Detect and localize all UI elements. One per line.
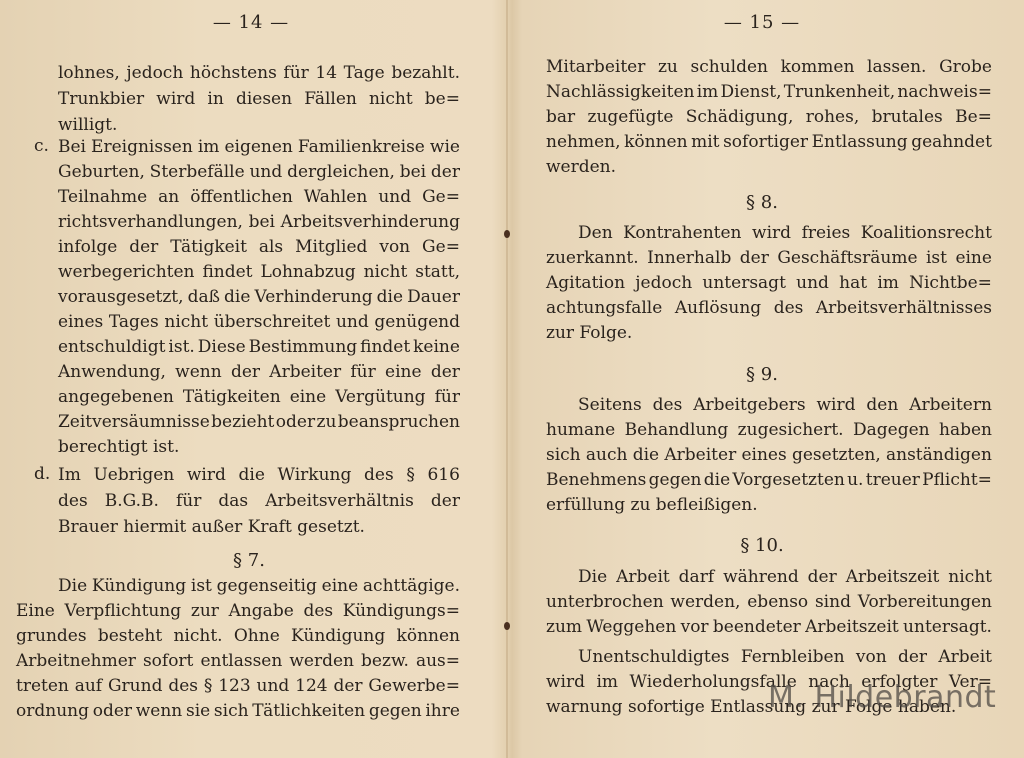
text-line: Brauer hiermit außer Kraft gesetzt. [58,514,365,540]
text-line: unterbrochenwerden,ebensosindVorbereitun… [546,589,992,615]
text-line: Mitarbeiterzuschuldenkommenlassen.Grobe [546,54,992,80]
text-line: TrunkbierwirdindiesenFällennichtbe= [58,86,460,112]
text-line: SeitensdesArbeitgeberswirddenArbeitern [578,392,992,418]
page-number: — 14 — [0,12,504,33]
text-line: UnentschuldigtesFernbleibenvonderArbeit [578,644,992,670]
text-line: humaneBehandlungzugesichert.Dagegenhaben [546,417,992,443]
text-line: EineVerpflichtungzurAngabedesKündigungs= [16,598,460,624]
section-heading: § 8. [504,192,1020,213]
text-line: desB.G.B.fürdasArbeitsverhältnisder [58,488,460,514]
section-heading: § 10. [504,535,1020,556]
text-line: zumWeggehenvorbeendeterArbeitszeitunters… [546,614,992,640]
text-line: infolgederTätigkeitalsMitgliedvonGe= [58,234,460,260]
text-line: tretenaufGrunddes§123und124derGewerbe= [16,673,460,699]
section-heading: § 9. [504,364,1020,385]
text-line: berechtigt ist. [58,434,179,460]
text-line: erfüllung zu befleißigen. [546,492,758,518]
text-line: nehmen,könnenmitsofortigerEntlassunggeah… [546,129,992,155]
text-line: Anwendung,wennderArbeiterfüreineder [58,359,460,385]
text-line: werbegerichtenfindetLohnabzugnichtstatt, [58,259,460,285]
item-label: c. [34,136,49,156]
text-line: DieArbeitdarfwährendderArbeitszeitnicht [578,564,992,590]
text-line: ImUebrigenwirddieWirkungdes§616 [58,462,460,488]
watermark: M. Hildebrandt [768,680,996,715]
text-line: angegebenenTätigkeiteneineVergütungfür [58,384,460,410]
right-page: — 15 — Mitarbeiterzuschuldenkommenlassen… [508,0,1024,758]
section-heading: § 7. [0,550,502,571]
text-line: BenehmensgegendieVorgesetztenu.treuerPfl… [546,467,992,493]
text-line: barzugefügteSchädigung,rohes,brutalesBe= [546,104,992,130]
text-line: entschuldigtist.DieseBestimmungfindetkei… [58,334,460,360]
text-line: AgitationjedochuntersagtundhatimNichtbe= [546,270,992,296]
text-line: vorausgesetzt,daßdieVerhinderungdieDauer [58,284,460,310]
text-line: zur Folge. [546,320,632,346]
text-line: einesTagesnichtüberschreitetundgenügend [58,309,460,335]
item-label: d. [34,464,50,484]
text-line: lohnes,jedochhöchstensfür14Tagebezahlt. [58,60,460,86]
text-line: achtungsfalleAuflösungdesArbeitsverhältn… [546,295,992,321]
text-line: DenKontrahentenwirdfreiesKoalitionsrecht [578,220,992,246]
text-line: Geburten,Sterbefälleunddergleichen,beide… [58,159,460,185]
text-line: werden. [546,154,616,180]
text-line: Arbeitnehmersofortentlassenwerdenbezw.au… [16,648,460,674]
left-page: — 14 — lohnes,jedochhöchstensfür14Tagebe… [0,0,506,758]
text-line: ordnungoderwennsiesichTätlichkeitengegen… [16,698,460,724]
text-line: BeiEreignissenimeigenenFamilienkreisewie [58,134,460,160]
page-number: — 15 — [504,12,1020,33]
book-spread: — 14 — lohnes,jedochhöchstensfür14Tagebe… [0,0,1024,758]
text-line: NachlässigkeitenimDienst,Trunkenheit,nac… [546,79,992,105]
text-line: Zeitversäumnissebeziehtoderzubeanspruche… [58,409,460,435]
text-line: DieKündigungistgegenseitigeineachttägige… [58,573,460,599]
text-line: TeilnahmeanöffentlichenWahlenundGe= [58,184,460,210]
text-line: richtsverhandlungen,beiArbeitsverhinderu… [58,209,460,235]
text-line: sichauchdieArbeitereinesgesetzten,anstän… [546,442,992,468]
text-line: zuerkannt.InnerhalbderGeschäftsräumeiste… [546,245,992,271]
text-line: grundesbestehtnicht.OhneKündigungkönnen [16,623,460,649]
